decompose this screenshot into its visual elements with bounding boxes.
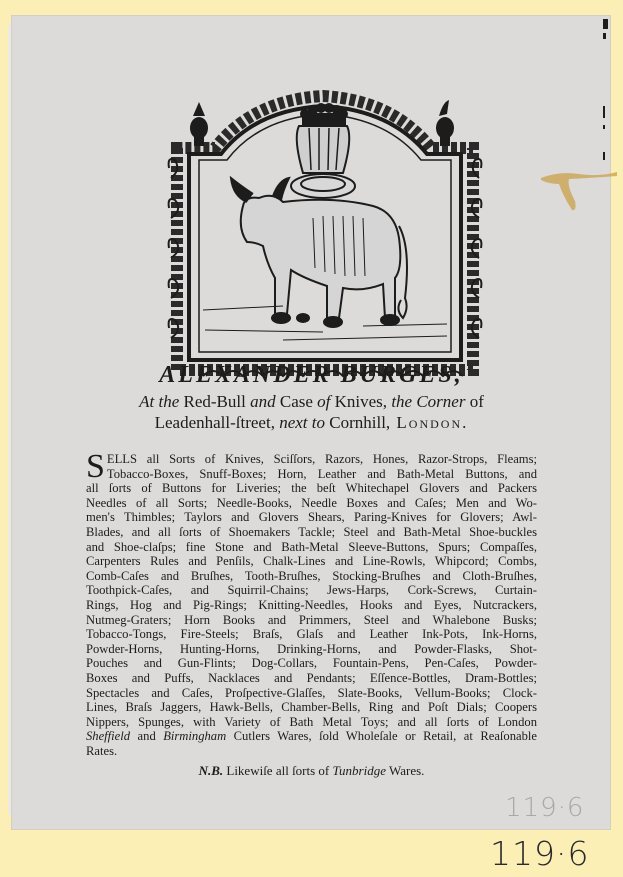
pencil-catalogue-number: 119·6 bbox=[505, 793, 584, 823]
body-line: Carpenters Rules and Penſils, Chalk-Line… bbox=[86, 554, 537, 569]
body-line: Nutmeg-Graters; Horn Books and Primmers,… bbox=[86, 613, 537, 628]
drop-cap: S bbox=[86, 453, 105, 481]
street-name: Leadenhall-ſtreet, bbox=[155, 413, 275, 432]
wares-word: Wares. bbox=[386, 763, 424, 778]
body-line: Blades, and all ſorts of Shoemakers Tack… bbox=[86, 525, 537, 540]
body-line: and Shoe-claſps; fine Stone and Bath-Met… bbox=[86, 540, 537, 555]
street-cornhill: Cornhill, bbox=[329, 413, 390, 432]
word-and: and bbox=[246, 392, 280, 411]
body-line: ELLS all Sorts of Knives, Sciſſors, Razo… bbox=[86, 452, 537, 467]
bull bbox=[231, 178, 407, 327]
word-of: of bbox=[313, 392, 335, 411]
edge-ink-marks bbox=[601, 19, 609, 189]
city-sheffield: Sheffield bbox=[86, 729, 130, 743]
sign-knives: Knives, bbox=[335, 392, 387, 411]
body-line: all ſorts of Buttons for Liveries; the b… bbox=[86, 481, 537, 496]
body-line: Powder-Horns, Hunting-Horns, Drinking-Ho… bbox=[86, 642, 537, 657]
sign-red-bull: Red-Bull bbox=[184, 392, 246, 411]
sign-case: Case bbox=[280, 392, 313, 411]
body-line: Lines, Braſs Jaggers, Hawk-Bells, Chambe… bbox=[86, 700, 537, 715]
word-next-to: next to bbox=[275, 413, 329, 432]
finial-right bbox=[436, 100, 454, 146]
cutlers-wares-text: Cutlers Wares, ſold Wholeſale or Retail,… bbox=[226, 729, 537, 743]
body-line: men's Thimbles; Taylors and Glovers Shea… bbox=[86, 510, 537, 525]
body-line-20: Sheffield and Birmingham Cutlers Wares, … bbox=[86, 729, 537, 744]
word-and: and bbox=[130, 729, 163, 743]
body-line: Tobacco-Boxes, Snuff-Boxes; Horn, Leathe… bbox=[86, 467, 537, 482]
stain-mark bbox=[539, 166, 619, 216]
word-the: the bbox=[154, 392, 183, 411]
footer-text: Likewiſe all ſorts of bbox=[223, 763, 332, 778]
address-line-1: At the Red-Bull and Case of Knives, the … bbox=[0, 392, 623, 412]
body-line: Pouches and Gun-Flints; Dog-Collars, Fou… bbox=[86, 656, 537, 671]
body-line-last: Rates. bbox=[86, 744, 537, 759]
goods-list-paragraph: S ELLS all Sorts of Knives, Sciſſors, Ra… bbox=[86, 452, 537, 758]
nb-label: N.B. bbox=[199, 763, 224, 778]
body-line: Nippers, Spunges, with Variety of Bath M… bbox=[86, 715, 537, 730]
body-line: Rings, Hog and Pig-Rings; Knitting-Needl… bbox=[86, 598, 537, 613]
red-bull-engraving bbox=[163, 78, 483, 378]
city-london: London. bbox=[390, 413, 468, 432]
word-at: At bbox=[139, 392, 154, 411]
tunbridge-word: Tunbridge bbox=[333, 763, 386, 778]
word-of-2: of bbox=[470, 392, 484, 411]
body-line: Comb-Caſes and Bruſhes, Tooth-Bruſhes, S… bbox=[86, 569, 537, 584]
address-line-2: Leadenhall-ſtreet, next to Cornhill, Lon… bbox=[0, 413, 623, 433]
merchant-name: ALEXANDER BURGES, bbox=[0, 362, 623, 389]
body-line: Toothpick-Caſes, and Squirril-Chains; Je… bbox=[86, 583, 537, 598]
body-line: Boxes and Puffs, Nacklaces and Pendants;… bbox=[86, 671, 537, 686]
city-birmingham: Birmingham bbox=[163, 729, 226, 743]
body-line: Spectacles and Caſes, Proſpective-Glaſſe… bbox=[86, 686, 537, 701]
word-the-corner: the Corner bbox=[387, 392, 470, 411]
footer-note: N.B. Likewiſe all ſorts of Tunbridge War… bbox=[0, 763, 623, 779]
body-line: Tobacco-Tongs, Fire-Steels; Braſs, Glaſs… bbox=[86, 627, 537, 642]
finial-left bbox=[190, 102, 208, 146]
ink-catalogue-number: 119·6 bbox=[490, 834, 589, 873]
knife-case bbox=[291, 104, 355, 198]
body-line: Needles of all Sorts; Needle-Books, Need… bbox=[86, 496, 537, 511]
